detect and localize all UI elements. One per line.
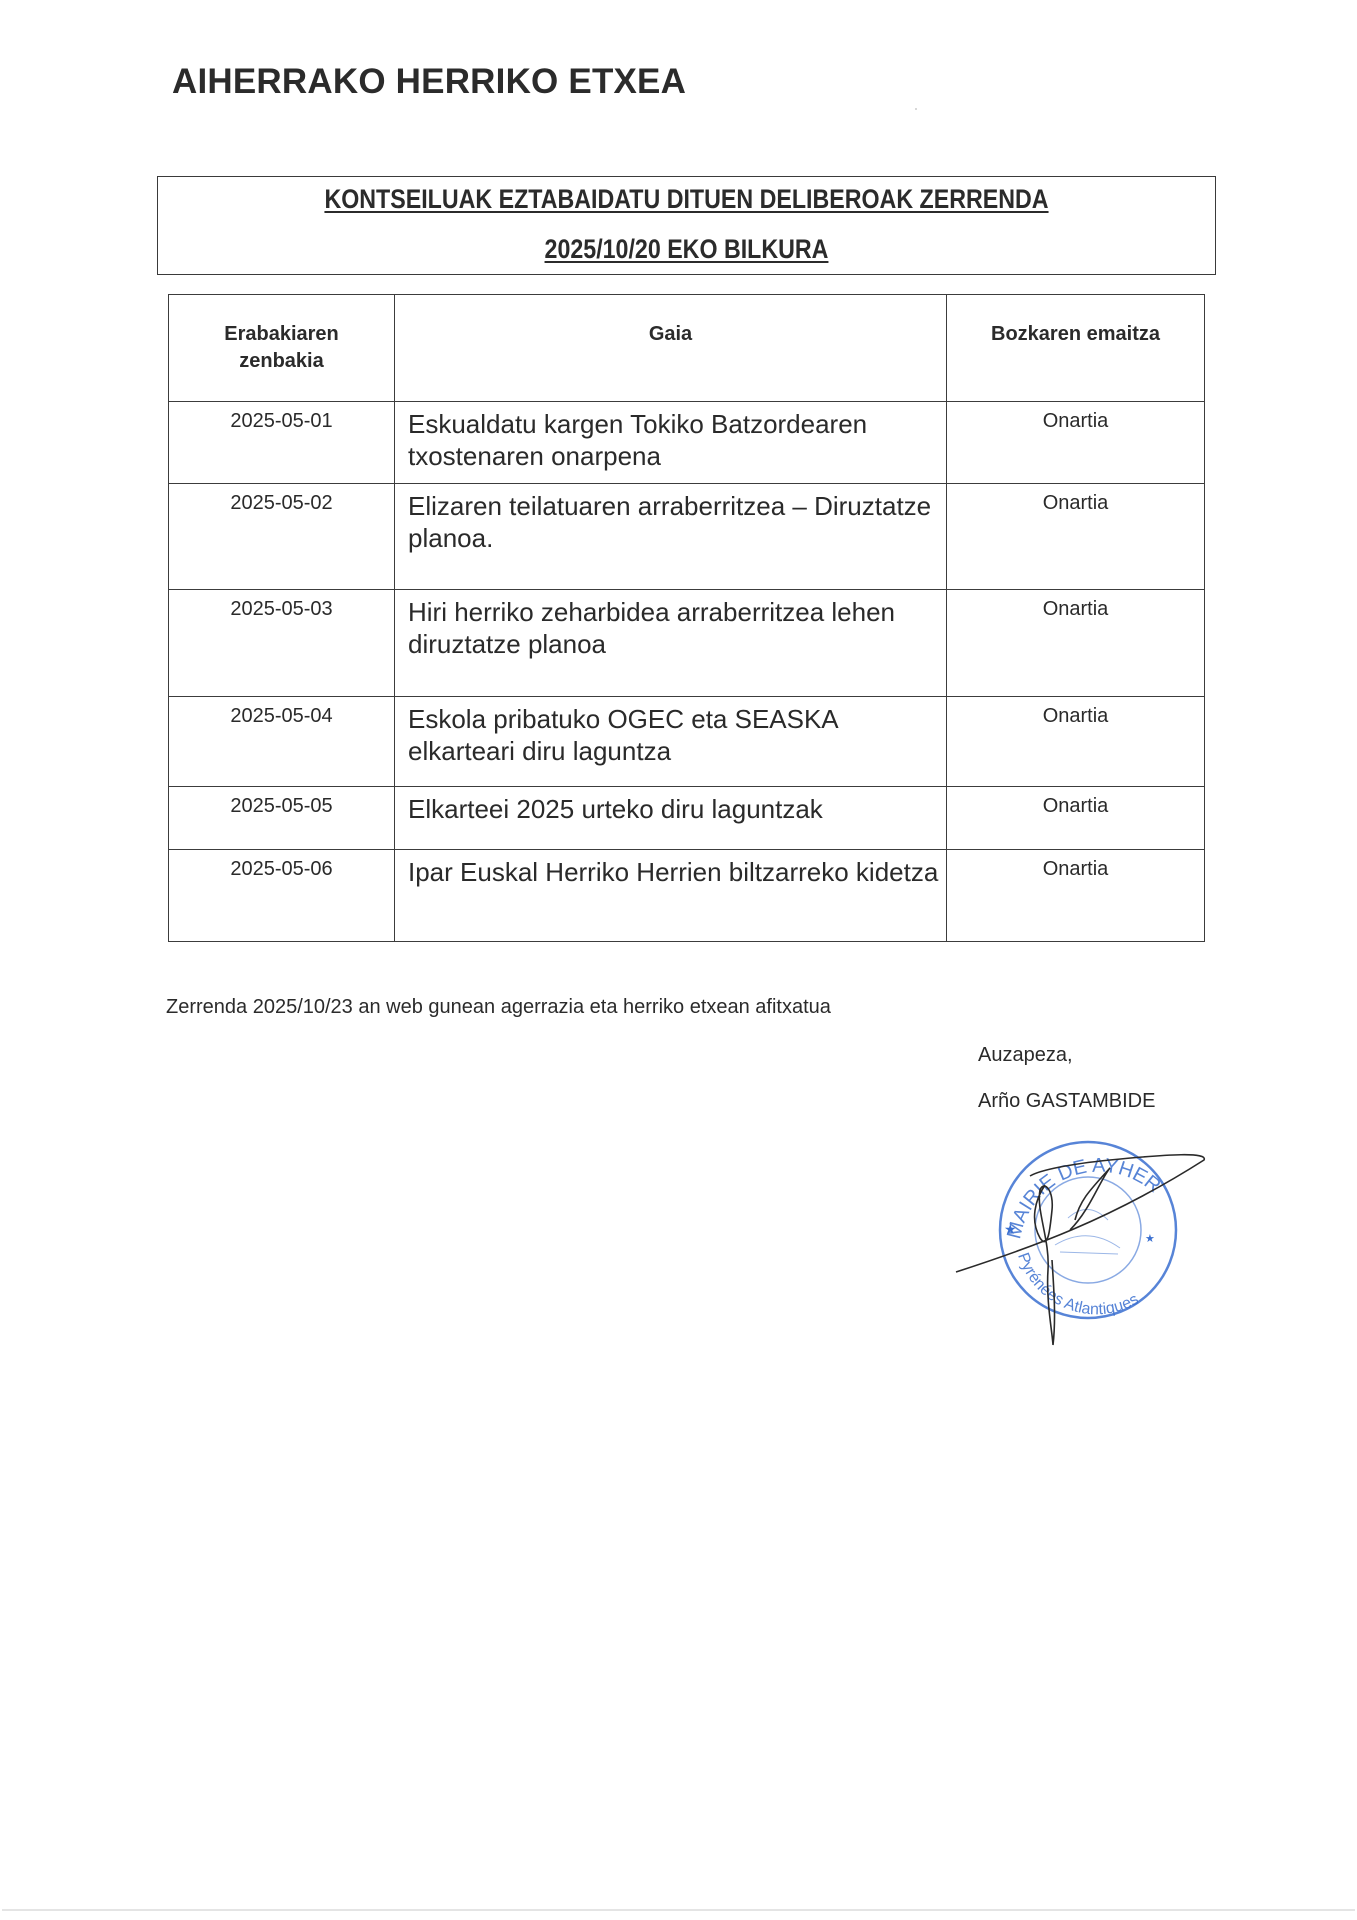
svg-text:Pyrénées Atlantiques: Pyrénées Atlantiques (1014, 1251, 1141, 1319)
decision-subject: Hiri herriko zeharbidea arraberritzea le… (395, 590, 947, 697)
svg-text:★: ★ (1004, 1221, 1017, 1237)
decision-subject: Ipar Euskal Herriko Herrien biltzarreko … (395, 850, 947, 942)
column-header-result-label: Bozkaren emaitza (947, 295, 1204, 348)
document-title: KONTSEILUAK EZTABAIDATU DITUEN DELIBEROA… (232, 184, 1141, 215)
document-title-box: KONTSEILUAK EZTABAIDATU DITUEN DELIBEROA… (157, 176, 1216, 275)
table-row: 2025-05-06Ipar Euskal Herriko Herrien bi… (169, 850, 1205, 942)
table-row: 2025-05-02Elizaren teilatuaren arraberri… (169, 484, 1205, 590)
decision-subject: Eskola pribatuko OGEC eta SEASKA elkarte… (395, 697, 947, 787)
publication-note: Zerrenda 2025/10/23 an web gunean agerra… (166, 996, 831, 1019)
decision-number: 2025-05-06 (169, 850, 395, 942)
stamp-top-text: MAIRIE DE AYHERRE (940, 1130, 1165, 1241)
table-header-row: Erabakiaren zenbakia Gaia Bozkaren emait… (169, 295, 1205, 402)
organization-title: AIHERRAKO HERRIKO ETXEA (172, 62, 686, 102)
vote-result: Onartia (947, 787, 1205, 850)
official-stamp-and-signature: MAIRIE DE AYHERRE Pyrénées Atlantiques ★… (940, 1130, 1240, 1370)
stamp-bottom-text: Pyrénées Atlantiques (1014, 1251, 1141, 1319)
vote-result: Onartia (947, 590, 1205, 697)
column-header-number-line2: zenbakia (239, 350, 323, 372)
decision-number: 2025-05-03 (169, 590, 395, 697)
column-header-number: Erabakiaren zenbakia (169, 295, 395, 402)
table-row: 2025-05-01Eskualdatu kargen Tokiko Batzo… (169, 402, 1205, 484)
vote-result: Onartia (947, 484, 1205, 590)
decision-number: 2025-05-01 (169, 402, 395, 484)
scan-artifact (915, 108, 917, 110)
table-row: 2025-05-05Elkarteei 2025 urteko diru lag… (169, 787, 1205, 850)
stamp-icon: MAIRIE DE AYHERRE Pyrénées Atlantiques ★… (940, 1130, 1176, 1318)
decision-subject: Elizaren teilatuaren arraberritzea – Dir… (395, 484, 947, 590)
decision-subject: Elkarteei 2025 urteko diru laguntzak (395, 787, 947, 850)
signer-name: Arño GASTAMBIDE (978, 1090, 1155, 1113)
deliberations-table: Erabakiaren zenbakia Gaia Bozkaren emait… (168, 294, 1205, 942)
decision-number: 2025-05-02 (169, 484, 395, 590)
table-row: 2025-05-04Eskola pribatuko OGEC eta SEAS… (169, 697, 1205, 787)
column-header-subject: Gaia (395, 295, 947, 402)
page-edge-line (2, 1909, 1355, 1911)
svg-text:MAIRIE DE AYHERRE: MAIRIE DE AYHERRE (940, 1130, 1165, 1241)
vote-result: Onartia (947, 850, 1205, 942)
vote-result: Onartia (947, 402, 1205, 484)
meeting-date-title: 2025/10/20 EKO BILKURA (232, 234, 1141, 265)
decision-number: 2025-05-05 (169, 787, 395, 850)
decision-number: 2025-05-04 (169, 697, 395, 787)
column-header-subject-label: Gaia (395, 295, 946, 348)
decision-subject: Eskualdatu kargen Tokiko Batzordearen tx… (395, 402, 947, 484)
vote-result: Onartia (947, 697, 1205, 787)
column-header-result: Bozkaren emaitza (947, 295, 1205, 402)
table-row: 2025-05-03Hiri herriko zeharbidea arrabe… (169, 590, 1205, 697)
column-header-number-line1: Erabakiaren (224, 323, 339, 345)
svg-text:★: ★ (1145, 1233, 1155, 1245)
signer-role: Auzapeza, (978, 1044, 1073, 1067)
